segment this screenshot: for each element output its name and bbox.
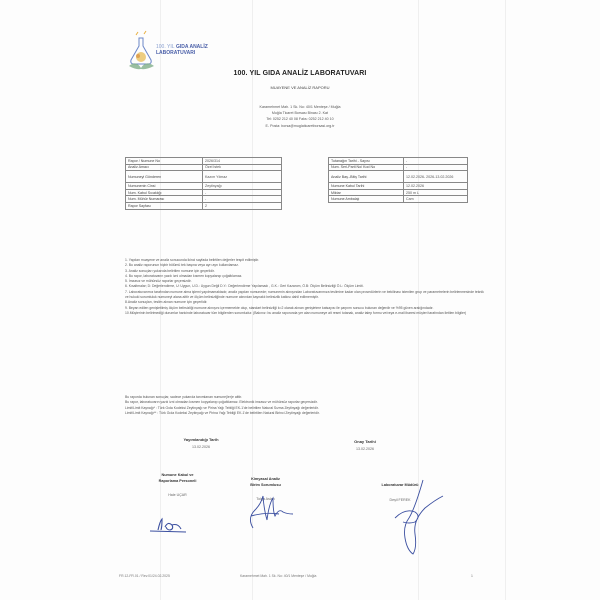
table-row: Analiz AmacıÖzel İstek — [126, 164, 282, 171]
signature-mark — [245, 490, 295, 530]
signature-mark — [148, 515, 188, 535]
signature-mark — [385, 478, 445, 558]
lab-title: 100. YIL GIDA ANALİZ LABORATUVARI — [200, 70, 400, 77]
report-page: 100. YIL GIDA ANALİZ LABORATUVARI 100. Y… — [0, 0, 600, 600]
report-notes: 1. Yapılan muayene ve analiz sonucunda i… — [125, 258, 485, 316]
note-item: 7. Laboratuvarımız tarafından numune alm… — [125, 290, 485, 301]
table-row: Numuneyi GönderenKazım Yılmaz — [126, 171, 282, 183]
table-row: Numune AmbalajıCam — [329, 196, 468, 203]
table-row: Num. Seri-Parti No/ Kod No- — [329, 164, 468, 171]
footer-address: Karamehmet Mah. 1 Sk. No: 40/1 Menteşe /… — [240, 574, 316, 578]
report-type: MUAYENE VE ANALİZ RAPORU — [200, 85, 400, 90]
sample-info-table-left: Rapor / Numune No2026/314 Analiz AmacıÖz… — [125, 157, 282, 210]
table-row: Numunenin CinsiZeytinyağı — [126, 183, 282, 190]
footnote-item: Limit/Limit Kaynağı** : Türk Gıda Kodeks… — [125, 411, 465, 416]
form-code: FR.12-FR.01 / Rev.01/24.02.2025 — [119, 574, 170, 578]
scan-artifact — [505, 0, 506, 600]
lab-address: Karamehmet Mah. 1 Sk. No: 40/1 Menteşe /… — [200, 104, 400, 129]
note-item: 10.Müşterinin belirtmediği durumlar hari… — [125, 311, 485, 316]
table-row: Analiz Baş.-Bitiş Tarihi12.02.2026- 2026… — [329, 171, 468, 183]
signature-block-reception: Numune Kabul ve Raporlama Personeli Hale… — [140, 473, 215, 497]
report-footnotes: Bu raporda bulunan sonuçlar, sadece yuka… — [125, 395, 465, 416]
logo-text: 100. YIL GIDA ANALİZ LABORATUVARI — [156, 44, 208, 56]
table-row: Tutanağın Tarihi - Sayısı- — [329, 158, 468, 165]
table-row: Numune Kabul Tarihi12.02.2026 — [329, 183, 468, 190]
table-row: Rapor / Numune No2026/314 — [126, 158, 282, 165]
table-row: Miktar250 m L — [329, 189, 468, 196]
page-number: 1 — [471, 574, 473, 578]
approval-date: Onay Tarihi 13.02.2026 — [330, 439, 400, 451]
sample-info-table-right: Tutanağın Tarihi - Sayısı- Num. Seri-Par… — [328, 157, 468, 203]
flask-leaf-icon — [126, 30, 158, 75]
table-row: Num. Kabul Sıcaklığı- — [126, 189, 282, 196]
report-header: 100. YIL GIDA ANALİZ LABORATUVARI MUAYEN… — [200, 70, 400, 129]
table-row: Num. Mühür Numarası- — [126, 196, 282, 203]
table-row: Rapor Sayfası2 — [126, 202, 282, 209]
publication-date: Yayımlandığı Tarih 13.02.2026 — [166, 437, 236, 449]
